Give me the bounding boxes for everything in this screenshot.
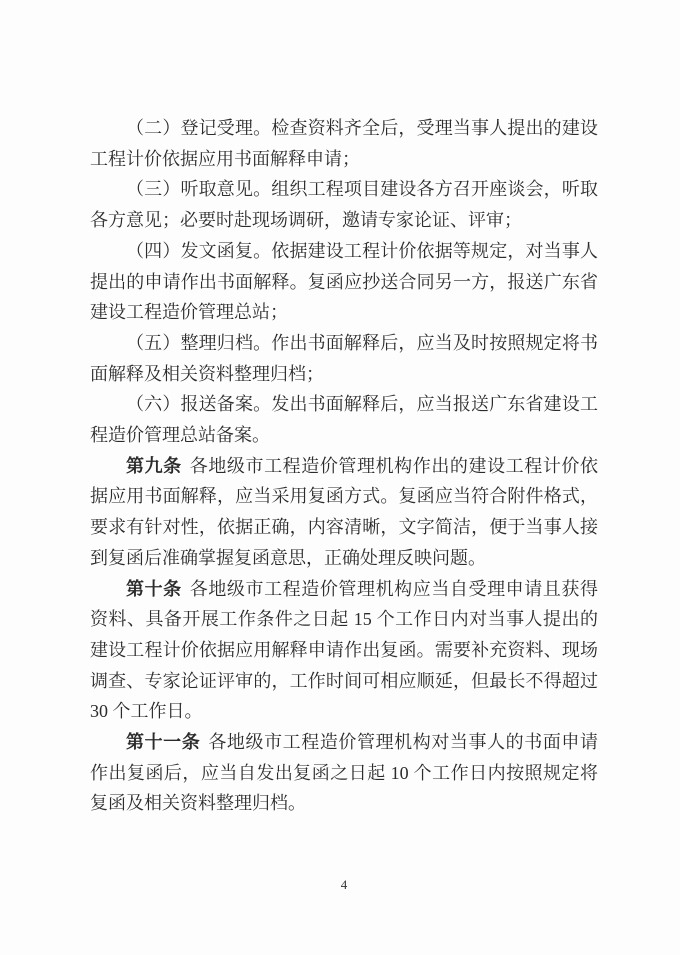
paragraph: （四）发文函复。依据建设工程计价依据等规定，对当事人提出的申请作出书面解释。复函… bbox=[90, 236, 598, 328]
document-page: （二）登记受理。检查资料齐全后，受理当事人提出的建设工程计价依据应用书面解释申请… bbox=[0, 0, 680, 955]
document-body: （二）登记受理。检查资料齐全后，受理当事人提出的建设工程计价依据应用书面解释申请… bbox=[90, 113, 598, 819]
paragraph: 第十条各地级市工程造价管理机构应当自受理申请且获得资料、具备开展工作条件之日起 … bbox=[90, 574, 598, 728]
article-number: 第十条 bbox=[126, 579, 182, 599]
paragraph-text: （五）整理归档。作出书面解释后，应当及时按照规定将书面解释及相关资料整理归档； bbox=[90, 333, 598, 384]
paragraph: 第九条各地级市工程造价管理机构作出的建设工程计价依据应用书面解释，应当采用复函方… bbox=[90, 451, 598, 574]
article-number: 第十一条 bbox=[126, 732, 200, 752]
paragraph: 第十一条各地级市工程造价管理机构对当事人的书面申请作出复函后，应当自发出复函之日… bbox=[90, 727, 598, 819]
paragraph: （三）听取意见。组织工程项目建设各方召开座谈会，听取各方意见；必要时赴现场调研，… bbox=[90, 174, 598, 235]
paragraph: （五）整理归档。作出书面解释后，应当及时按照规定将书面解释及相关资料整理归档； bbox=[90, 328, 598, 389]
paragraph-text: 各地级市工程造价管理机构应当自受理申请且获得资料、具备开展工作条件之日起 15 … bbox=[90, 579, 598, 722]
page-number: 4 bbox=[90, 877, 598, 893]
article-number: 第九条 bbox=[126, 456, 182, 476]
paragraph: （二）登记受理。检查资料齐全后，受理当事人提出的建设工程计价依据应用书面解释申请… bbox=[90, 113, 598, 174]
paragraph-text: （六）报送备案。发出书面解释后，应当报送广东省建设工程造价管理总站备案。 bbox=[90, 394, 598, 445]
paragraph-text: （三）听取意见。组织工程项目建设各方召开座谈会，听取各方意见；必要时赴现场调研，… bbox=[90, 179, 598, 230]
paragraph-text: （四）发文函复。依据建设工程计价依据等规定，对当事人提出的申请作出书面解释。复函… bbox=[90, 241, 598, 322]
paragraph-text: （二）登记受理。检查资料齐全后，受理当事人提出的建设工程计价依据应用书面解释申请… bbox=[90, 118, 598, 169]
paragraph: （六）报送备案。发出书面解释后，应当报送广东省建设工程造价管理总站备案。 bbox=[90, 389, 598, 450]
